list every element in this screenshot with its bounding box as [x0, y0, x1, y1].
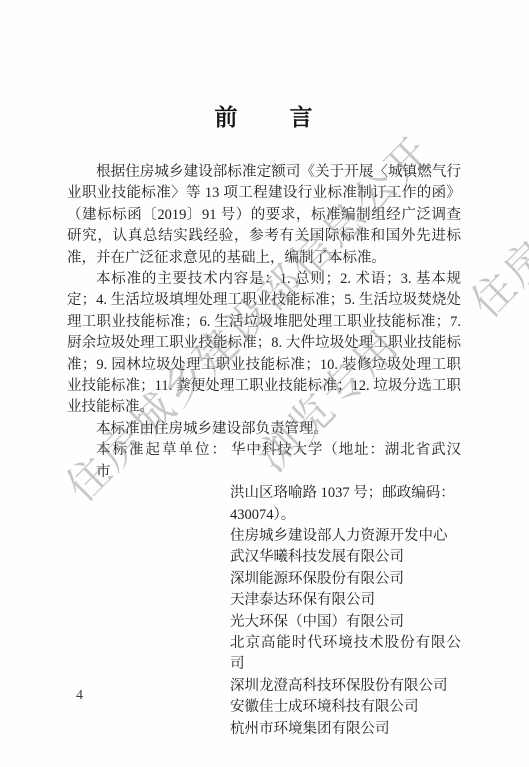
page-title: 前 言 [0, 99, 529, 132]
watermark-text-fragment: 住房城乡建设部信息公开 [456, 0, 529, 329]
drafting-units-label: 本标准起草单位： [96, 440, 230, 461]
foreword-paragraph-1: 根据住房城乡建设部标准定额司《关于开展〈城镇燃气行业职业技能标准〉等 13 项工… [67, 162, 461, 269]
drafting-unit-line: 安徽佳士成环境科技有限公司 [230, 697, 461, 718]
drafting-unit-line: 光大环保（中国）有限公司 [230, 612, 461, 633]
drafting-unit-line: 洪山区珞喻路 1037 号；邮政编码： [230, 483, 461, 504]
drafting-unit-line: 住房城乡建设部人力资源开发中心 [230, 526, 461, 547]
drafting-unit-line: 深圳能源环保股份有限公司 [230, 569, 461, 590]
foreword-paragraph-2: 本标准的主要技术内容是：1. 总则；2. 术语；3. 基本规定；4. 生活垃圾填… [67, 269, 461, 419]
drafting-unit-line: 430074）。 [230, 505, 461, 526]
drafting-units-section: 本标准起草单位：华中科技大学（地址：湖北省武汉市 洪山区珞喻路 1037 号；邮… [67, 440, 461, 740]
page-number: 4 [76, 688, 83, 704]
drafting-unit-line: 深圳龙澄高科技环保股份有限公司 [230, 676, 461, 697]
drafting-unit-line: 天津泰达环保有限公司 [230, 590, 461, 611]
foreword-paragraph-3: 本标准由住房城乡建设部负责管理。 [67, 419, 461, 440]
foreword-body: 根据住房城乡建设部标准定额司《关于开展〈城镇燃气行业职业技能标准〉等 13 项工… [67, 162, 461, 740]
drafting-units-first-line: 本标准起草单位：华中科技大学（地址：湖北省武汉市 [67, 440, 461, 483]
drafting-unit-line: 杭州市环境集团有限公司 [230, 719, 461, 740]
document-page: 住房城乡建设部信息公开 浏览专用 住房城乡建设部信息公开 前 言 根据住房城乡建… [0, 0, 529, 767]
drafting-unit-line: 北京高能时代环境技术股份有限公司 [230, 633, 461, 676]
drafting-unit-line: 武汉华曦科技发展有限公司 [230, 547, 461, 568]
